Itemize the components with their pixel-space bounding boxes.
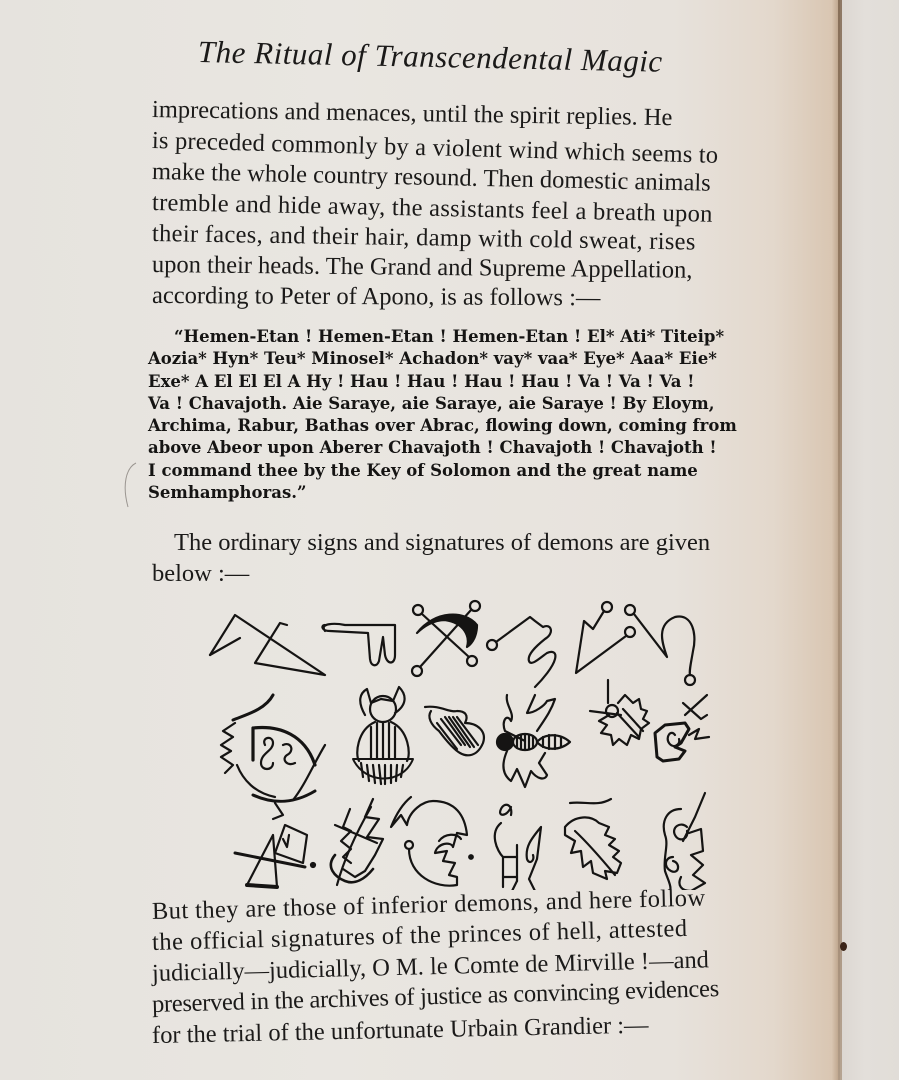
incantation-line: “Hemen-Etan ! Hemen-Etan ! Hemen-Etan ! … [148, 326, 778, 348]
incantation-line: I command thee by the Key of Solomon and… [148, 460, 778, 482]
squiggle-circle-sign-icon [487, 617, 555, 687]
serrated-leaf-sign-icon [590, 680, 649, 745]
spiral-scroll-sign-icon [664, 793, 705, 890]
incantation-line: Aozia* Hyn* Teu* Minosel* Achadon* vay* … [148, 348, 778, 370]
paragraph-2: The ordinary signs and signatures of dem… [152, 527, 792, 589]
leaf-insect-sign-icon [497, 695, 570, 787]
incantation-line: Va ! Chavajoth. Aie Saraye, aie Saraye, … [148, 393, 778, 415]
crescent-face-sign-icon [391, 797, 473, 886]
scroll-glyph-sign-icon [655, 695, 709, 761]
crossed-circles-crescent-sign-icon [412, 601, 480, 676]
hatched-wing-sign-icon [425, 707, 484, 756]
zigzag-triangle-sign-icon [210, 615, 325, 675]
incantation-line: Archima, Rabur, Bathas over Abrac, flowi… [148, 415, 778, 437]
incantation-block: “Hemen-Etan ! Hemen-Etan ! Hemen-Etan ! … [148, 326, 778, 504]
spiral-face-sign-icon [221, 695, 325, 800]
text-line: according to Peter of Apono, is as follo… [152, 280, 792, 314]
jagged-leaf-sign-icon [331, 799, 383, 885]
paper-blemish [840, 942, 847, 951]
text-line: The ordinary signs and signatures of dem… [152, 527, 792, 558]
ladder-hook-sign-icon [495, 805, 541, 890]
hook-w-sign-icon [322, 624, 395, 665]
paragraph-3: But they are those of inferior demons, a… [152, 896, 792, 1051]
text-line: below :— [152, 558, 792, 589]
facing-page-edge [842, 0, 899, 1080]
horned-circle-vessel-sign-icon [353, 687, 413, 784]
incantation-line: above Abeor upon Aberer Chavajoth ! Chav… [148, 437, 778, 459]
incantation-line: Semhamphoras.” [148, 482, 778, 504]
paragraph-1: imprecations and menaces, until the spir… [152, 94, 792, 311]
feather-leaf-sign-icon [565, 799, 621, 879]
loop-circle-sign-icon [625, 605, 695, 685]
demon-signatures-figure [195, 595, 735, 890]
incantation-line: Exe* A El El El A Hy ! Hau ! Hau ! Hau !… [148, 371, 778, 393]
pencil-mark [120, 460, 140, 510]
